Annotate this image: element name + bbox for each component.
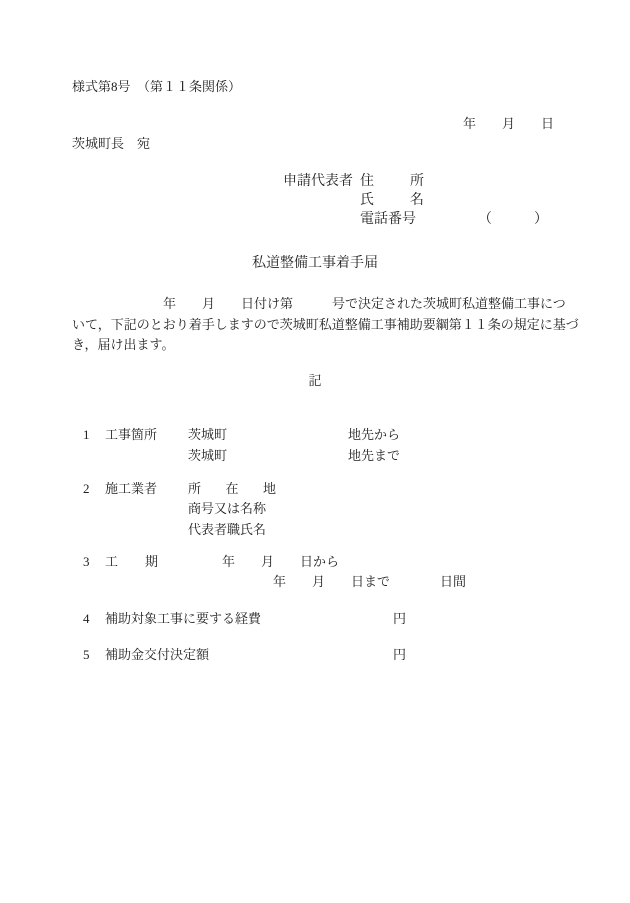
body-line: 年 月 日付け第 号で決定された茨城町私道整備工事につ — [72, 296, 566, 312]
item-value: 茨城町 — [188, 427, 227, 443]
currency-unit: 円 — [393, 647, 406, 663]
document-title: 私道整備工事着手届 — [0, 255, 630, 273]
body-line: いて，下記のとおり着手しますので茨城町私道整備工事補助要綱第１１条の規定に基づ — [72, 317, 579, 333]
item-number: 1 — [83, 427, 90, 443]
body-line: き，届け出ます。 — [72, 337, 174, 353]
currency-unit: 円 — [393, 611, 406, 627]
applicant-phone-value-placeholder: （ ） — [478, 211, 548, 229]
item-number: 5 — [83, 647, 90, 663]
item-label: 補助金交付決定額 — [105, 647, 209, 663]
item-row-work-period: 3 工期 年 月 日から — [0, 554, 630, 572]
item-row-work-period: 年 月 日まで 日間 — [0, 574, 630, 592]
item-row-contractor: 商号又は名称 — [0, 501, 630, 519]
applicant-label: 申請代表者 — [283, 173, 353, 191]
item-number: 4 — [83, 611, 90, 627]
date-placeholder: 年 月 日 — [463, 116, 554, 132]
period-to-placeholder: 年 月 日まで — [273, 574, 390, 590]
item-row-work-location: 茨城町 地先まで — [0, 448, 630, 466]
item-value: 茨城町 — [188, 448, 227, 464]
form-number: 様式第8号 （第１１条関係） — [72, 79, 241, 95]
item-row-cost: 4 補助対象工事に要する経費 円 — [0, 611, 630, 629]
item-suffix: 地先から — [348, 427, 400, 443]
document-page: 様式第8号 （第１１条関係） 年 月 日 茨城町長 宛 申請代表者 住所 氏名 … — [0, 0, 630, 903]
item-number: 3 — [83, 554, 90, 570]
item-row-contractor: 2 施工業者 所在地 — [0, 481, 630, 499]
item-row-contractor: 代表者職氏名 — [0, 522, 630, 540]
item-suffix: 地先まで — [348, 448, 400, 464]
period-from-placeholder: 年 月 日から — [222, 554, 339, 570]
item-sublabel: 代表者職氏名 — [188, 522, 266, 538]
item-label: 補助対象工事に要する経費 — [105, 611, 261, 627]
item-label: 施工業者 — [105, 481, 157, 497]
addressee: 茨城町長 宛 — [72, 136, 150, 152]
applicant-name-label: 氏名 — [360, 192, 424, 210]
period-duration-placeholder: 日間 — [440, 574, 466, 590]
item-row-work-location: 1 工事箇所 茨城町 地先から — [0, 427, 630, 445]
item-label: 工期 — [105, 554, 158, 570]
applicant-address-label: 住所 — [360, 173, 424, 191]
item-sublabel: 商号又は名称 — [188, 501, 266, 517]
item-label: 工事箇所 — [105, 427, 157, 443]
item-row-subsidy: 5 補助金交付決定額 円 — [0, 647, 630, 665]
item-sublabel: 所在地 — [188, 481, 276, 497]
item-number: 2 — [83, 481, 90, 497]
applicant-phone-label: 電話番号 — [360, 211, 416, 229]
record-mark: 記 — [0, 373, 630, 389]
